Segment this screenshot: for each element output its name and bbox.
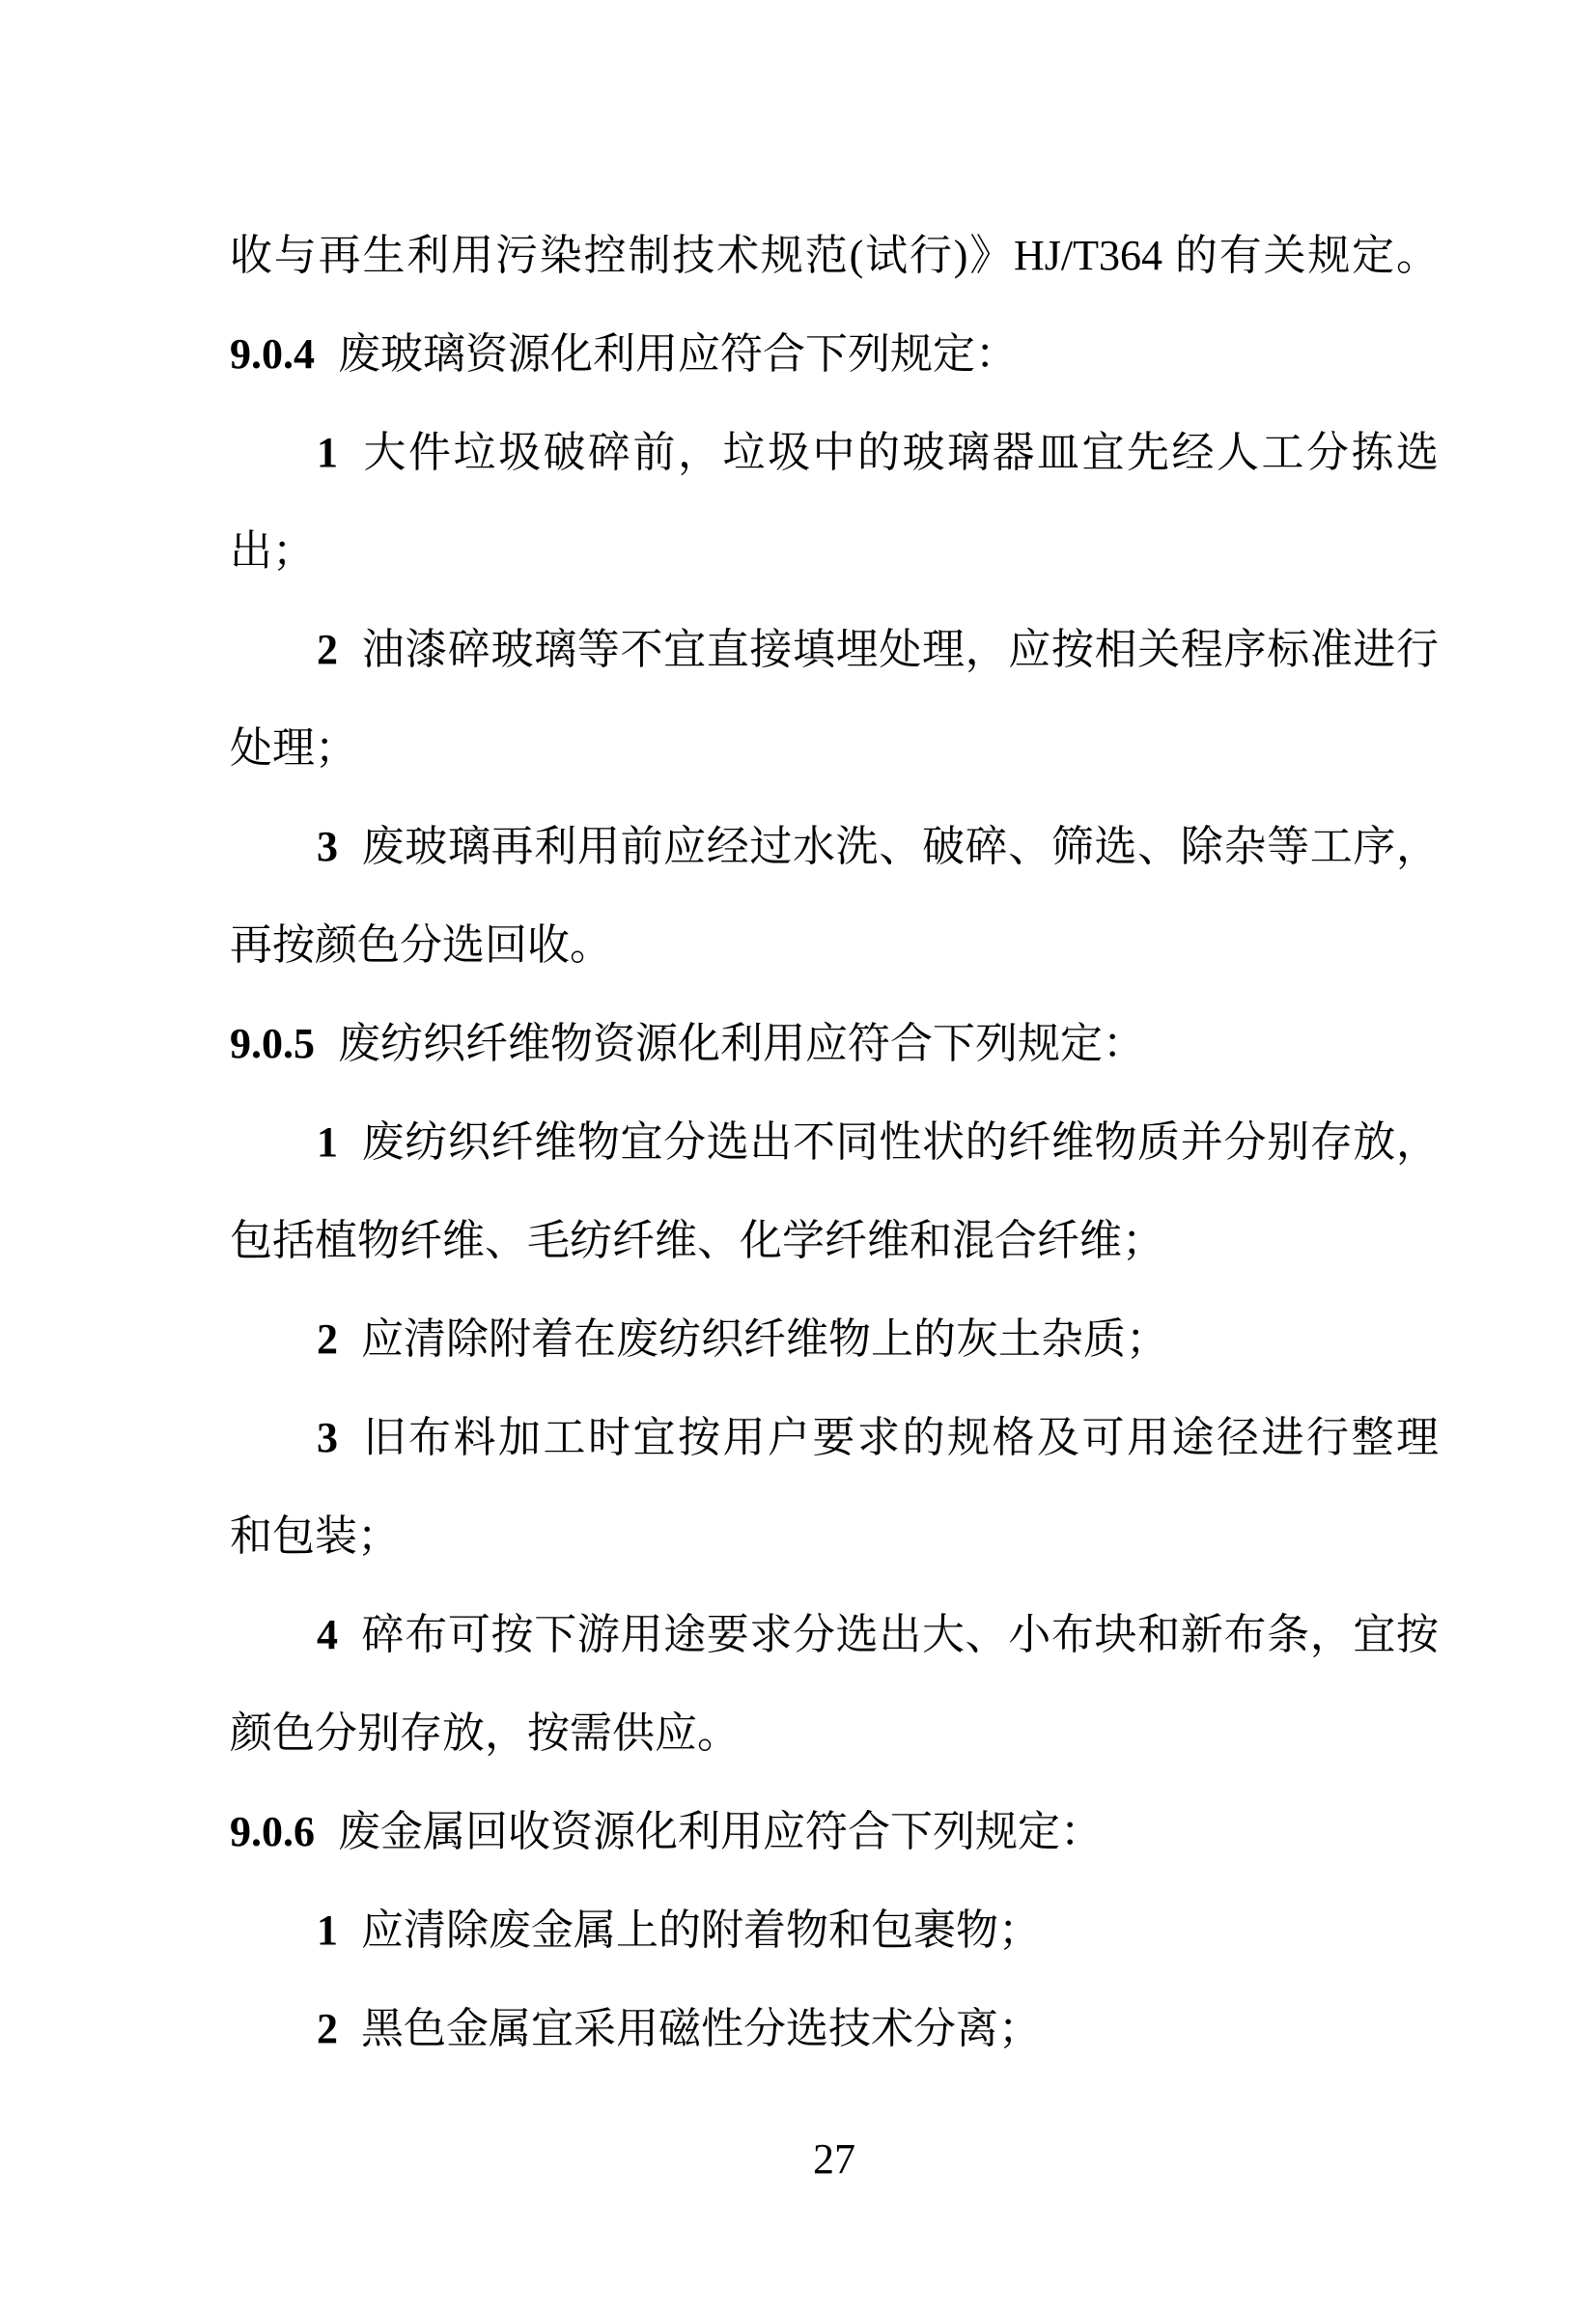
text-line: 9.0.5废纺织纤维物资源化利用应符合下列规定：: [230, 995, 1439, 1093]
text-line: 出；: [230, 502, 1439, 601]
text-line: 4碎布可按下游用途要求分选出大、小布块和新布条，宜按: [230, 1586, 1439, 1684]
text-segment: 收与再生利用污染控制技术规范(试行)》HJ/T364 的有关规定。: [230, 232, 1439, 279]
item-number: 9.0.6: [230, 1808, 315, 1855]
text-line: 2黑色金属宜采用磁性分选技术分离；: [230, 1980, 1439, 2078]
text-line: 2应清除附着在废纺织纤维物上的灰土杂质；: [230, 1290, 1439, 1389]
item-number: 3: [317, 823, 338, 870]
text-line: 1废纺织纤维物宜分选出不同性状的纤维物质并分别存放，: [230, 1093, 1439, 1192]
document-page: 收与再生利用污染控制技术规范(试行)》HJ/T364 的有关规定。9.0.4废玻…: [0, 0, 1596, 2316]
item-number: 4: [317, 1611, 338, 1658]
text-segment: 废金属回收资源化利用应符合下列规定：: [338, 1808, 1103, 1855]
text-segment: 废玻璃资源化利用应符合下列规定：: [338, 330, 1018, 378]
item-number: 1: [317, 1906, 338, 1954]
text-segment: 旧布料加工时宜按用户要求的规格及可用途径进行整理: [361, 1414, 1439, 1461]
text-segment: 废纺织纤维物宜分选出不同性状的纤维物质并分别存放，: [361, 1118, 1439, 1166]
text-segment: 颜色分别存放，按需供应。: [230, 1709, 740, 1757]
item-number: 2: [317, 1315, 338, 1363]
text-segment: 废纺织纤维物资源化利用应符合下列规定：: [338, 1020, 1145, 1067]
text-line: 1大件垃圾破碎前，垃圾中的玻璃器皿宜先经人工分拣选: [230, 404, 1439, 502]
text-line: 处理；: [230, 699, 1439, 798]
text-line: 9.0.6废金属回收资源化利用应符合下列规定：: [230, 1783, 1439, 1881]
text-line: 和包装；: [230, 1487, 1439, 1586]
text-segment: 应清除附着在废纺织纤维物上的灰土杂质；: [361, 1315, 1168, 1363]
text-segment: 处理；: [230, 724, 357, 772]
document-body: 收与再生利用污染控制技术规范(试行)》HJ/T364 的有关规定。9.0.4废玻…: [230, 207, 1439, 2078]
text-line: 2油漆碎玻璃等不宜直接填埋处理，应按相关程序标准进行: [230, 601, 1439, 699]
text-segment: 废玻璃再利用前应经过水洗、破碎、筛选、除杂等工序，: [361, 823, 1439, 870]
item-number: 1: [317, 429, 338, 476]
text-line: 3旧布料加工时宜按用户要求的规格及可用途径进行整理: [230, 1389, 1439, 1487]
item-number: 2: [317, 626, 338, 673]
text-line: 收与再生利用污染控制技术规范(试行)》HJ/T364 的有关规定。: [230, 207, 1439, 305]
text-segment: 包括植物纤维、毛纺纤维、化学纤维和混合纤维；: [230, 1217, 1164, 1264]
text-line: 包括植物纤维、毛纺纤维、化学纤维和混合纤维；: [230, 1192, 1439, 1290]
item-number: 9.0.5: [230, 1020, 315, 1067]
item-number: 3: [317, 1414, 338, 1461]
text-segment: 和包装；: [230, 1512, 400, 1560]
text-segment: 应清除废金属上的附着物和包裹物；: [361, 1906, 1041, 1954]
text-segment: 再按颜色分选回收。: [230, 921, 612, 969]
text-segment: 出；: [230, 527, 315, 575]
item-number: 2: [317, 2005, 338, 2052]
text-segment: 油漆碎玻璃等不宜直接填埋处理，应按相关程序标准进行: [361, 626, 1439, 673]
text-line: 再按颜色分选回收。: [230, 896, 1439, 995]
page-footer: 27: [230, 2131, 1439, 2189]
page-number: 27: [813, 2135, 855, 2183]
text-segment: 黑色金属宜采用磁性分选技术分离；: [361, 2005, 1041, 2052]
text-line: 颜色分别存放，按需供应。: [230, 1684, 1439, 1783]
text-line: 1应清除废金属上的附着物和包裹物；: [230, 1881, 1439, 1980]
text-line: 9.0.4废玻璃资源化利用应符合下列规定：: [230, 305, 1439, 404]
text-segment: 碎布可按下游用途要求分选出大、小布块和新布条，宜按: [361, 1611, 1439, 1658]
item-number: 1: [317, 1118, 338, 1166]
text-segment: 大件垃圾破碎前，垃圾中的玻璃器皿宜先经人工分拣选: [361, 429, 1439, 476]
item-number: 9.0.4: [230, 330, 315, 378]
text-line: 3废玻璃再利用前应经过水洗、破碎、筛选、除杂等工序，: [230, 798, 1439, 896]
